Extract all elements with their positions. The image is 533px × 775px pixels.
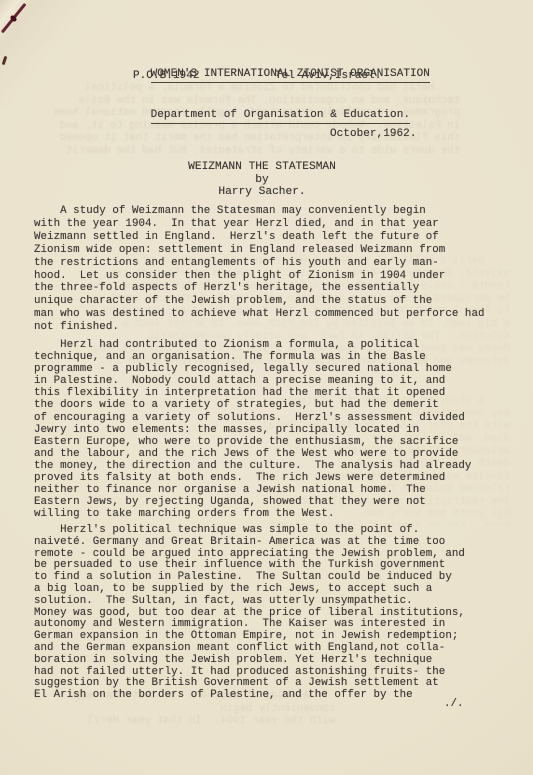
author-name: Harry Sacher. bbox=[0, 186, 524, 199]
red-pen-mark bbox=[0, 0, 70, 90]
document-title: WEIZMANN THE STATESMAN bbox=[0, 161, 524, 174]
continuation-mark: ./. bbox=[444, 698, 464, 710]
byline: by bbox=[0, 174, 524, 187]
title-block: WEIZMANN THE STATESMAN by Harry Sacher. bbox=[0, 161, 524, 199]
location: Tel Aviv,Israel. bbox=[275, 70, 381, 83]
paragraph-2: Herzl had contributed to Zionism a formu… bbox=[34, 339, 514, 520]
paragraph-1: A study of Weizmann the Statesman may co… bbox=[34, 205, 514, 334]
department-text: Department of Organisation & Education. bbox=[151, 109, 410, 124]
typewritten-page: Herzl had contributed to Zionism a formu… bbox=[0, 0, 533, 775]
po-box: P.O.B.1942 bbox=[133, 70, 200, 83]
ink-speck bbox=[2, 56, 8, 65]
document-date: October,1962. bbox=[330, 128, 416, 141]
paragraph-3: Herzl's political technique was simple t… bbox=[34, 525, 514, 702]
